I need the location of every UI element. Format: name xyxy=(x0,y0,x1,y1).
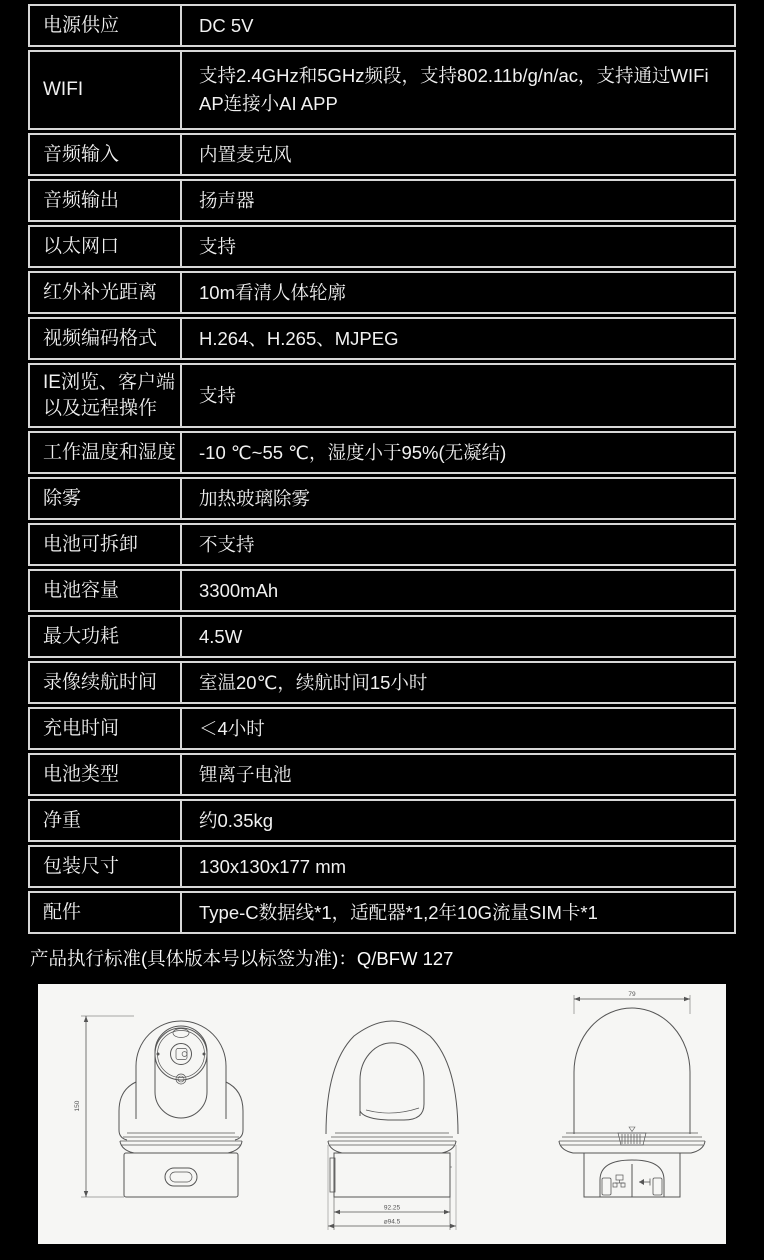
spec-label: 配件 xyxy=(30,893,180,932)
spec-row: 充电时间 ＜4小时 xyxy=(28,707,736,750)
spec-row: 净重 约0.35kg xyxy=(28,799,736,842)
standard-note: 产品执行标准(具体版本号以标签为准)：Q/BFW 127 xyxy=(30,945,453,971)
spec-label: WIFI xyxy=(30,52,180,128)
spec-label: 包装尺寸 xyxy=(30,847,180,886)
spec-row: 电池容量 3300mAh xyxy=(28,569,736,612)
spec-row: 工作温度和湿度 -10 ℃~55 ℃，湿度小于95%(无凝结) xyxy=(28,431,736,474)
spec-label: IE浏览、客户端以及远程操作 xyxy=(30,365,180,426)
spec-label: 音频输出 xyxy=(30,181,180,220)
spec-value: 3300mAh xyxy=(180,571,734,610)
spec-value: -10 ℃~55 ℃，湿度小于95%(无凝结) xyxy=(180,433,734,472)
spec-row: 以太网口 支持 xyxy=(28,225,736,268)
spec-value: 4.5W xyxy=(180,617,734,656)
spec-label: 电池可拆卸 xyxy=(30,525,180,564)
spec-label: 电池容量 xyxy=(30,571,180,610)
camera-side-view xyxy=(326,1021,458,1230)
spec-row: 除雾 加热玻璃除雾 xyxy=(28,477,736,520)
spec-row: 电池类型 锂离子电池 xyxy=(28,753,736,796)
spec-row: 视频编码格式 H.264、H.265、MJPEG xyxy=(28,317,736,360)
technical-drawing-panel: 150 xyxy=(38,984,726,1244)
spec-value: ＜4小时 xyxy=(180,709,734,748)
spec-row: WIFI 支持2.4GHz和5GHz频段，支持802.11b/g/n/ac，支持… xyxy=(28,50,736,130)
spec-row: 音频输入 内置麦克风 xyxy=(28,133,736,176)
dimension-label-top-width: 79 xyxy=(628,991,636,998)
spec-label: 最大功耗 xyxy=(30,617,180,656)
spec-row: 配件 Type-C数据线*1，适配器*1,2年10G流量SIM卡*1 xyxy=(28,891,736,934)
spec-row: IE浏览、客户端以及远程操作 支持 xyxy=(28,363,736,428)
spec-row: 红外补光距离 10m看清人体轮廓 xyxy=(28,271,736,314)
spec-row: 电源供应 DC 5V xyxy=(28,4,736,47)
spec-label: 除雾 xyxy=(30,479,180,518)
spec-row: 电池可拆卸 不支持 xyxy=(28,523,736,566)
spec-label: 净重 xyxy=(30,801,180,840)
spec-label: 音频输入 xyxy=(30,135,180,174)
ethernet-port-icon xyxy=(613,1175,625,1187)
spec-value: 不支持 xyxy=(180,525,734,564)
camera-back-view xyxy=(559,995,705,1197)
spec-value: 室温20℃，续航时间15小时 xyxy=(180,663,734,702)
spec-value: Type-C数据线*1，适配器*1,2年10G流量SIM卡*1 xyxy=(180,893,734,932)
spec-label: 充电时间 xyxy=(30,709,180,748)
spec-value: 锂离子电池 xyxy=(180,755,734,794)
spec-value: 支持 xyxy=(180,227,734,266)
spec-label: 以太网口 xyxy=(30,227,180,266)
dimension-label-height: 150 xyxy=(74,1100,81,1111)
spec-row: 录像续航时间 室温20℃，续航时间15小时 xyxy=(28,661,736,704)
arrow-icon xyxy=(639,1179,650,1186)
spec-label: 红外补光距离 xyxy=(30,273,180,312)
spec-label: 录像续航时间 xyxy=(30,663,180,702)
dimension-label-base-width: 92.25 xyxy=(384,1205,401,1212)
spec-value: H.264、H.265、MJPEG xyxy=(180,319,734,358)
spec-row: 音频输出 扬声器 xyxy=(28,179,736,222)
spec-label: 电池类型 xyxy=(30,755,180,794)
spec-value: 支持2.4GHz和5GHz频段，支持802.11b/g/n/ac，支持通过WIF… xyxy=(180,52,734,128)
camera-front-view xyxy=(81,1016,243,1197)
spec-value: 130x130x177 mm xyxy=(180,847,734,886)
spec-value: 加热玻璃除雾 xyxy=(180,479,734,518)
spec-value: 约0.35kg xyxy=(180,801,734,840)
spec-label: 视频编码格式 xyxy=(30,319,180,358)
spec-label: 工作温度和湿度 xyxy=(30,433,180,472)
spec-label: 电源供应 xyxy=(30,6,180,45)
spec-row: 包装尺寸 130x130x177 mm xyxy=(28,845,736,888)
spec-table: 电源供应 DC 5V WIFI 支持2.4GHz和5GHz频段，支持802.11… xyxy=(28,4,736,934)
dimension-label-base-diameter: ⌀94.5 xyxy=(384,1219,401,1226)
spec-value: 10m看清人体轮廓 xyxy=(180,273,734,312)
spec-value: 扬声器 xyxy=(180,181,734,220)
spec-row: 最大功耗 4.5W xyxy=(28,615,736,658)
spec-value: 支持 xyxy=(180,365,734,426)
spec-value: 内置麦克风 xyxy=(180,135,734,174)
spec-value: DC 5V xyxy=(180,6,734,45)
camera-dimension-drawing: 150 xyxy=(38,984,726,1244)
